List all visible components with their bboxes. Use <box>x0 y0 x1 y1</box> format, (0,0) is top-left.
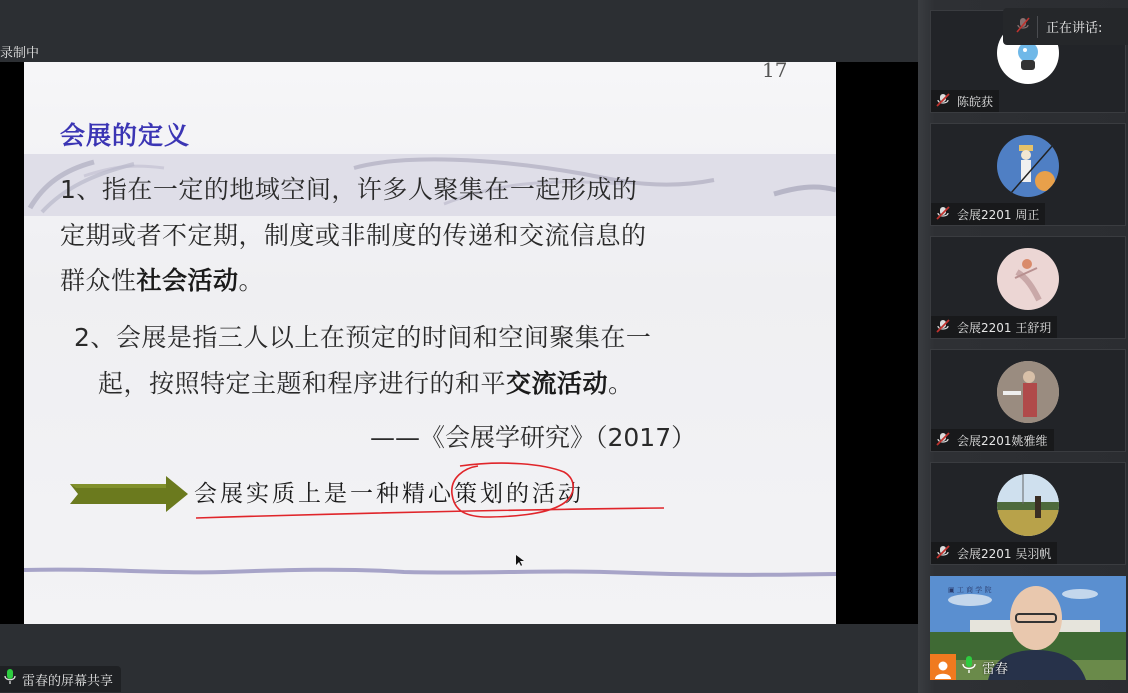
participant-name-bar: 陈皖获 <box>931 90 999 112</box>
definition-1-text: 群众性 <box>60 266 137 295</box>
participant-name-bar: 会展2201姚雅维 <box>931 429 1054 451</box>
svg-text:▣ 工 商 学 院: ▣ 工 商 学 院 <box>948 585 992 594</box>
slide-page-number: 17 <box>762 62 787 82</box>
microphone-muted-icon <box>935 431 951 450</box>
speaking-label: 正在讲话: <box>1046 17 1102 36</box>
meeting-window: 录制中 17 会展的定义 1、指在一定的地域空间，许多人聚集在一起形成的 定期或… <box>0 0 1128 693</box>
participant-name: 会展2201 王舒玥 <box>957 319 1051 336</box>
definition-2-keyword: 交流活动 <box>506 369 608 398</box>
participant-name-bar: 会展2201 周正 <box>931 203 1045 225</box>
divider <box>1037 16 1038 38</box>
avatar <box>997 361 1059 423</box>
host-person-icon <box>930 654 956 680</box>
recording-indicator: 录制中 <box>0 46 39 62</box>
microphone-muted-icon <box>935 318 951 337</box>
microphone-muted-icon <box>935 92 951 111</box>
presentation-slide: 17 会展的定义 1、指在一定的地域空间，许多人聚集在一起形成的 定期或者不定期… <box>24 62 836 624</box>
avatar <box>997 135 1059 197</box>
conclusion-text: 会展实质上是一种精心策划的活动 <box>194 476 584 512</box>
microphone-muted-icon <box>1015 17 1031 37</box>
microphone-on-icon <box>962 656 976 678</box>
participant-tile[interactable]: 会展2201 吴羽帆 <box>930 462 1126 565</box>
slide-title: 会展的定义 <box>60 116 190 152</box>
avatar <box>997 474 1059 536</box>
letterbox-left <box>0 62 24 624</box>
microphone-on-icon <box>4 669 16 689</box>
speaking-indicator: 正在讲话: <box>1003 8 1128 45</box>
participant-name-bar: 会展2201 王舒玥 <box>931 316 1057 338</box>
definition-1-line-2: 定期或者不定期，制度或非制度的传递和交流信息的 <box>60 214 647 258</box>
definition-1-punct: 。 <box>239 266 265 295</box>
definition-1-keyword: 社会活动 <box>137 266 239 295</box>
definition-2-line-2: 起，按照特定主题和程序进行的和平交流活动。 <box>98 362 634 406</box>
avatar <box>997 248 1059 310</box>
mouse-cursor-icon <box>516 552 524 571</box>
definition-2-punct: 。 <box>608 369 634 398</box>
microphone-muted-icon <box>935 544 951 563</box>
participant-name: 会展2201 吴羽帆 <box>957 545 1051 562</box>
participant-name: 会展2201姚雅维 <box>957 432 1048 449</box>
definition-2-text: 起，按照特定主题和程序进行的和平 <box>98 369 506 398</box>
participant-name: 会展2201 周正 <box>957 206 1039 223</box>
participant-name-bar: 会展2201 吴羽帆 <box>931 542 1057 564</box>
definition-1-line-1: 1、指在一定的地域空间，许多人聚集在一起形成的 <box>60 168 637 212</box>
screen-share-area: 录制中 17 会展的定义 1、指在一定的地域空间，许多人聚集在一起形成的 定期或… <box>0 0 918 693</box>
participant-tile[interactable]: 会展2201 王舒玥 <box>930 236 1126 339</box>
decorative-wave-line <box>24 560 836 584</box>
letterbox-right <box>836 62 918 624</box>
participant-tile[interactable]: 会展2201 周正 <box>930 123 1126 226</box>
microphone-muted-icon <box>935 205 951 224</box>
arrow-right-icon <box>70 476 190 516</box>
host-name-badge: 雷春 <box>930 654 1008 680</box>
host-name: 雷春 <box>982 658 1008 677</box>
participant-name: 陈皖获 <box>957 93 993 110</box>
host-video-tile[interactable]: ▣ 工 商 学 院 雷春 <box>930 576 1126 680</box>
definition-2-line-1: 2、会展是指三人以上在预定的时间和空间聚集在一 <box>74 316 651 360</box>
definition-1-line-3: 群众性社会活动。 <box>60 259 264 303</box>
participant-tile[interactable]: 会展2201姚雅维 <box>930 349 1126 452</box>
screen-share-label: 雷春的屏幕共享 <box>22 670 113 689</box>
citation: ——《会展学研究》（2017） <box>370 416 696 460</box>
screen-share-badge: 雷春的屏幕共享 <box>0 666 121 692</box>
